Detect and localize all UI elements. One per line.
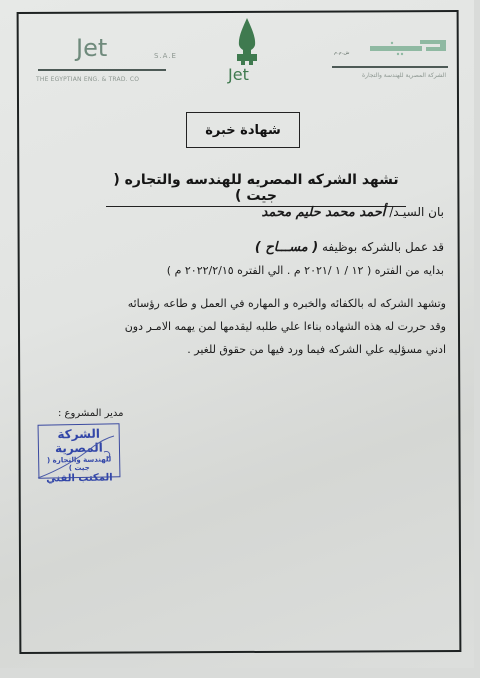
certificate-heading: تشهد الشركه المصريه للهندسه والتجاره ( ج…	[106, 172, 406, 207]
employment-period-line: بدايه من الفتره ( ١٢ / ١ /٢٠٢١ م . الي ا…	[167, 264, 444, 277]
job-title: ( مســـاح )	[255, 240, 318, 255]
name-prefix: بان السيـد/	[385, 205, 444, 219]
right-logo-rule	[332, 66, 448, 68]
document-page: Jet S.A.E THE EGYPTIAN ENG. & TRAD. CO J…	[0, 0, 474, 668]
signature-scribble-icon	[34, 432, 124, 482]
arrowhead-emblem-icon	[222, 17, 272, 67]
employee-name-line: بان السيـد/ أحمد محمد حليم محمد	[262, 205, 445, 220]
right-logo-small-text: ش.م.م	[334, 50, 349, 56]
left-logo-suffix: S.A.E	[154, 52, 177, 60]
right-logo-subtitle: الشركة المصرية للهندسة والتجارة	[362, 72, 446, 79]
left-logo-subtitle: THE EGYPTIAN ENG. & TRAD. CO	[36, 76, 139, 83]
left-logo-rule	[38, 69, 166, 71]
center-logo: Jet	[222, 17, 272, 87]
signature-label: مدير المشروع :	[58, 408, 123, 419]
center-logo-brand: Jet	[228, 65, 249, 84]
job-title-line: قد عمل بالشركه بوظيفه ( مســـاح )	[255, 240, 444, 255]
employee-name: أحمد محمد حليم محمد	[262, 205, 386, 220]
paragraph-line: وتشهد الشركه له بالكفائه والخبره و المها…	[125, 292, 446, 315]
job-prefix: قد عمل بالشركه بوظيفه	[318, 240, 444, 254]
certificate-body-paragraph: وتشهد الشركه له بالكفائه والخبره و المها…	[125, 292, 446, 361]
certificate-title: شهادة خبرة	[205, 123, 281, 138]
paragraph-line: وقد حررت له هذه الشهاده بناءا علي طلبه ل…	[125, 315, 446, 338]
arabic-jet-wordmark-icon	[370, 40, 446, 56]
certificate-title-box: شهادة خبرة	[186, 112, 300, 148]
left-logo-brand: Jet	[76, 34, 107, 62]
paragraph-line: ادني مسؤليه علي الشركه فيما ورد فيها من …	[125, 338, 446, 361]
